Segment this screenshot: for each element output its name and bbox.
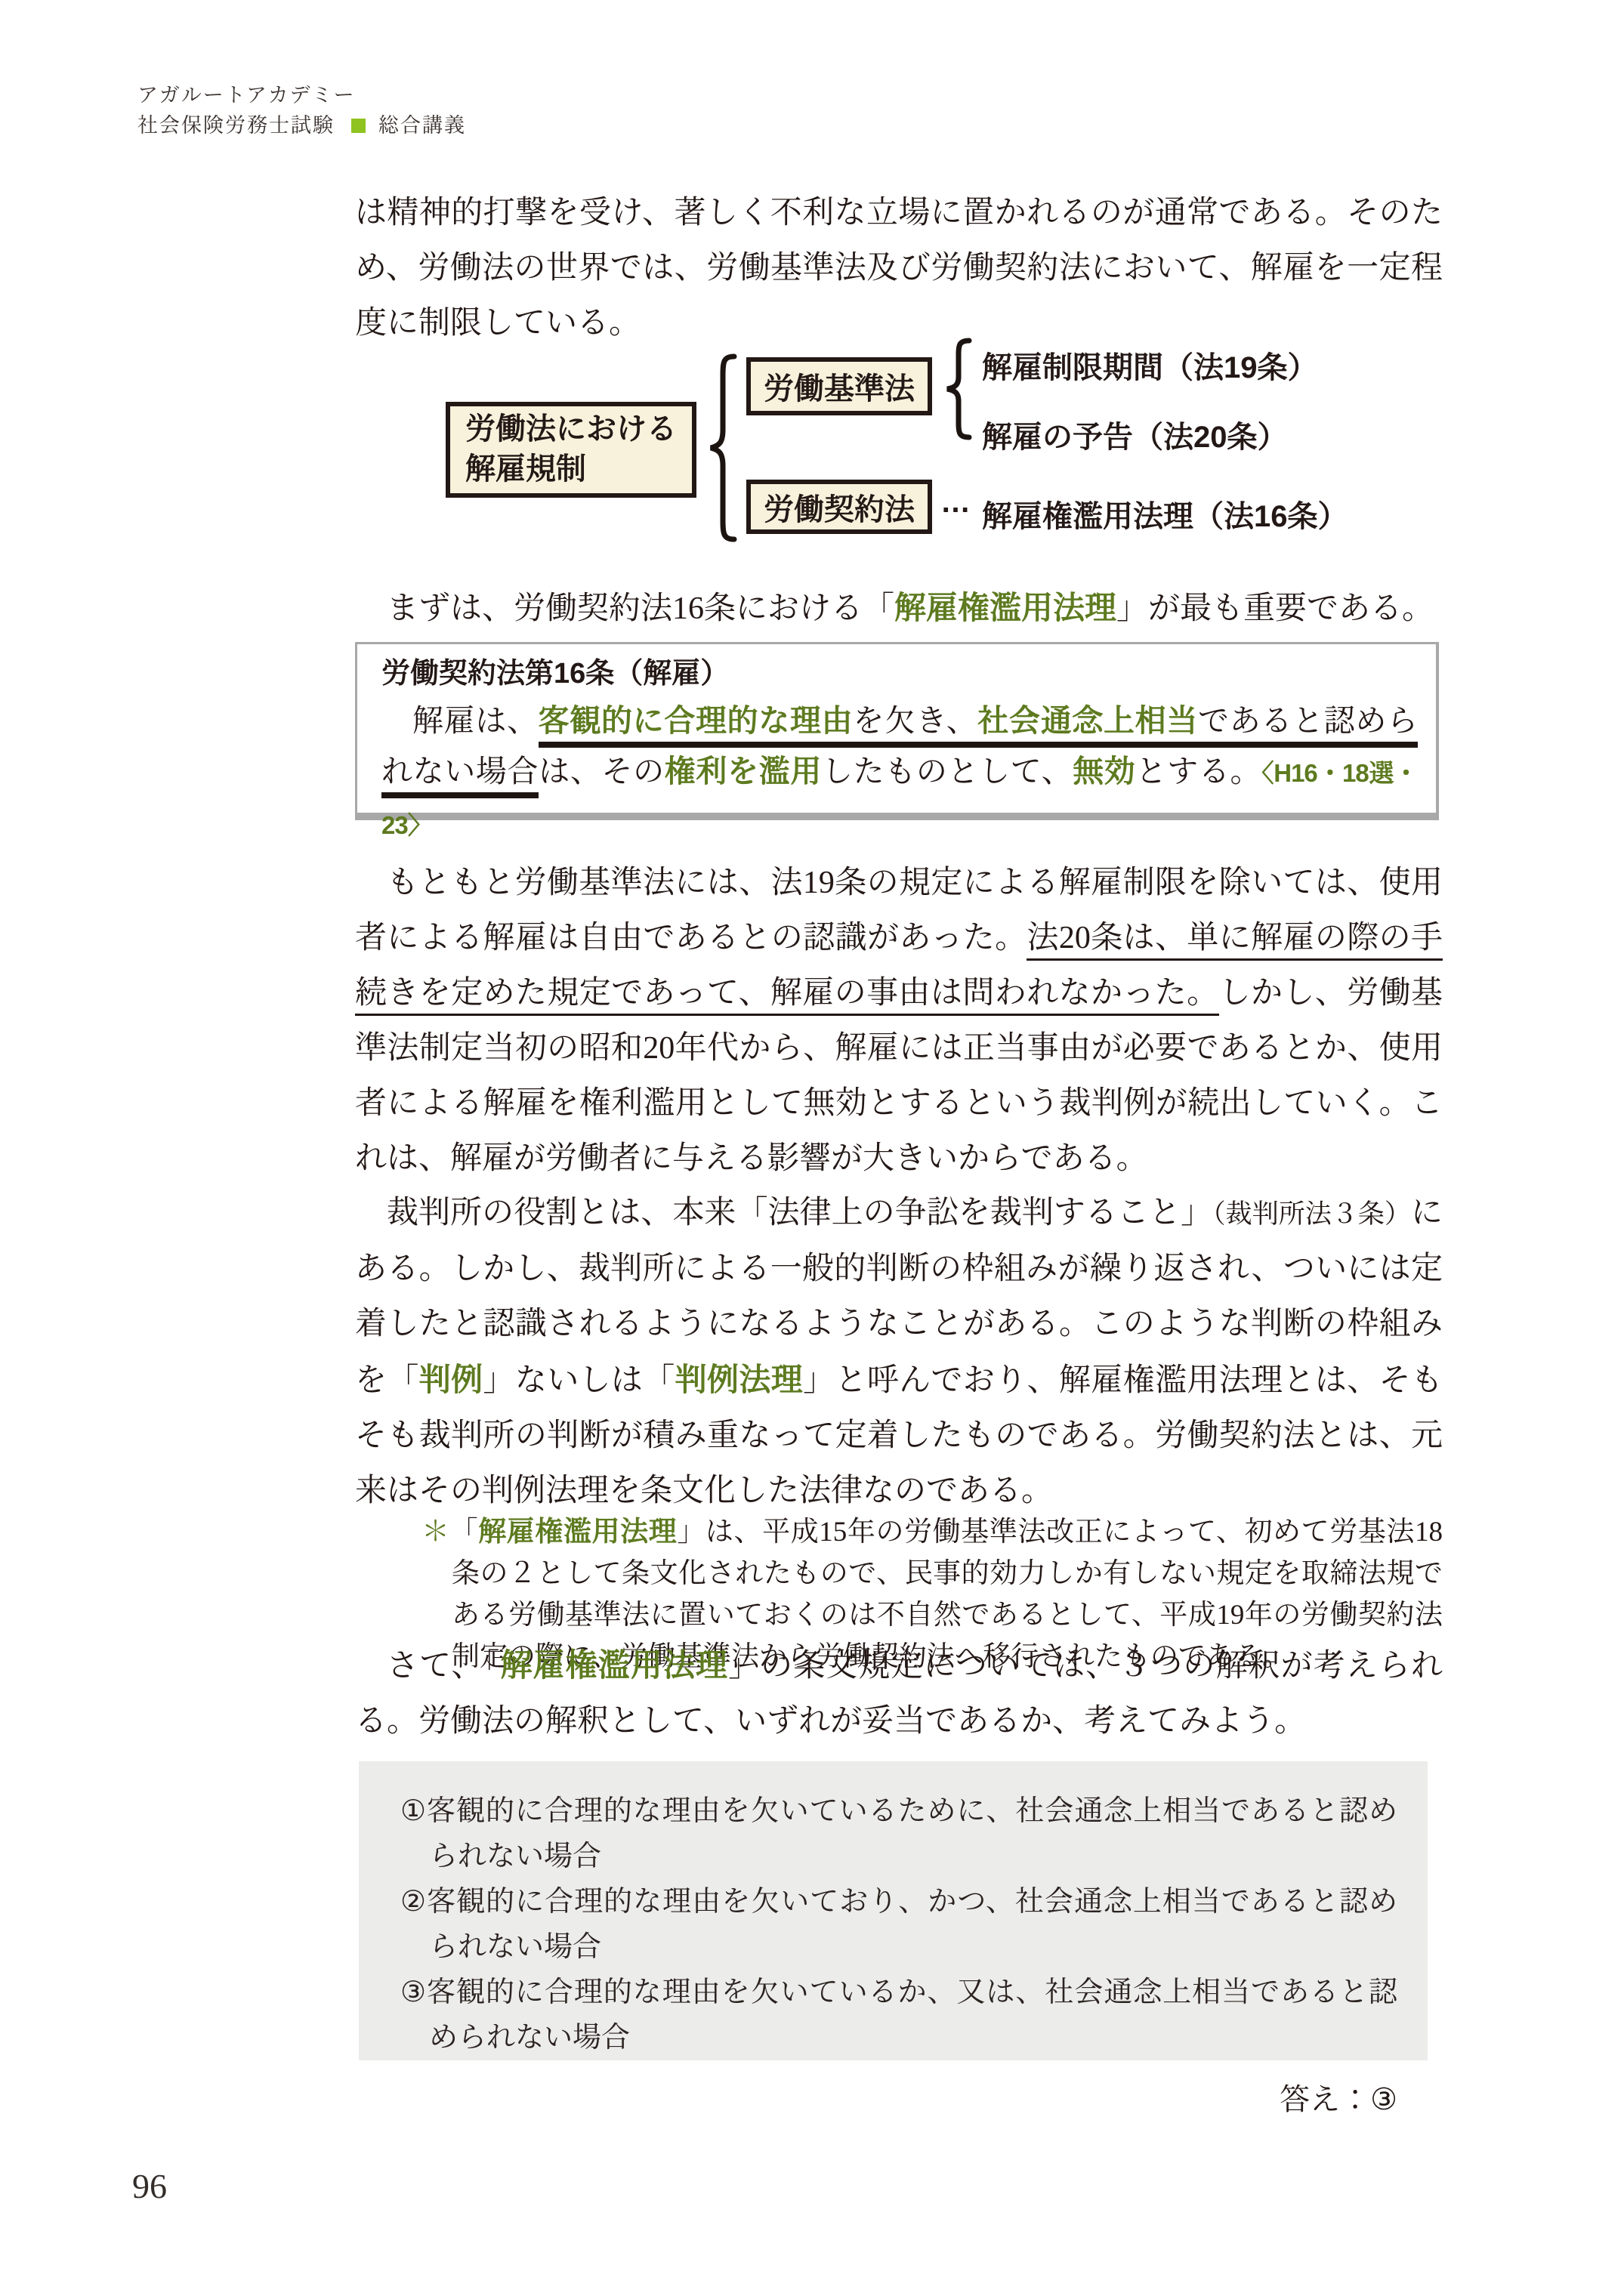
labor-contract-act-label: 労働契約法	[764, 486, 915, 529]
option-3: ③客観的に合理的な理由を欠いているか、又は、社会通念上相当であると認められない場…	[400, 1970, 1397, 2060]
paragraph-history: もともと労働基準法には、法19条の規定による解雇制限を除いては、使用者による解雇…	[355, 856, 1443, 1187]
green-square-icon	[351, 119, 366, 133]
lead-sentence: まずは、労働契約法16条における「解雇権濫用法理」が最も重要である。	[355, 580, 1443, 637]
exam-course-line: 社会保険労務士試験 総合講義	[137, 110, 466, 140]
page-number: 96	[132, 2166, 167, 2206]
diagram-item-restriction-period: 解雇制限期間（法19条）	[982, 344, 1318, 387]
dismissal-regulation-diagram: 労働法における 解雇規制 労働基準法 解雇制限期間（法19条） 解雇の予告（法2…	[355, 344, 1443, 570]
curly-brace-main-icon	[705, 353, 739, 543]
options-box: ①客観的に合理的な理由を欠いているために、社会通念上相当であると認められない場合…	[359, 1761, 1428, 2060]
curly-brace-sub-icon	[940, 338, 974, 440]
diagram-root-label-line1: 労働法における	[465, 409, 692, 449]
option-1: ①客観的に合理的な理由を欠いているために、社会通念上相当であると認められない場合	[400, 1788, 1397, 1879]
textbook-page: アガルートアカデミー 社会保険労務士試験 総合講義 は精神的打撃を受け、著しく不…	[0, 0, 1624, 2293]
intro-paragraph: は精神的打撃を受け、著しく不利な立場に置かれるのが通常である。そのため、労働法の…	[355, 186, 1443, 351]
labor-standards-act-label: 労働基準法	[764, 365, 915, 408]
law-box-body: 解雇は、客観的に合理的な理由を欠き、社会通念上相当であると認められない場合は、そ…	[381, 696, 1418, 850]
page-header: アガルートアカデミー 社会保険労務士試験 総合講義	[137, 80, 466, 140]
ellipsis-connector: …	[940, 486, 972, 520]
labor-contract-act-box: 労働契約法	[746, 480, 932, 534]
diagram-root-label-line2: 解雇規制	[465, 449, 692, 489]
brand-name: アガルートアカデミー	[137, 80, 466, 110]
answer-label: 答え：③	[355, 2075, 1443, 2119]
labor-standards-act-box: 労働基準法	[746, 357, 932, 415]
course-name: 総合講義	[378, 110, 466, 140]
diagram-item-abuse-doctrine: 解雇権濫用法理（法16条）	[982, 492, 1348, 535]
option-2: ②客観的に合理的な理由を欠いており、かつ、社会通念上相当であると認められない場合	[400, 1879, 1397, 1970]
paragraph-court: 裁判所の役割とは、本来「法律上の争訟を裁判すること」（裁判所法３条）にある。しか…	[355, 1186, 1443, 1519]
paragraph-question: さて、「解雇権濫用法理」の条文規定については、３つの解釈が考えられる。労働法の解…	[355, 1637, 1443, 1749]
diagram-root-box: 労働法における 解雇規制	[446, 402, 696, 498]
exam-name: 社会保険労務士試験	[137, 110, 335, 140]
law-box-title: 労働契約法第16条（解雇）	[381, 655, 1418, 693]
law-article-box: 労働契約法第16条（解雇） 解雇は、客観的に合理的な理由を欠き、社会通念上相当で…	[355, 642, 1439, 820]
diagram-item-advance-notice: 解雇の予告（法20条）	[982, 413, 1288, 456]
